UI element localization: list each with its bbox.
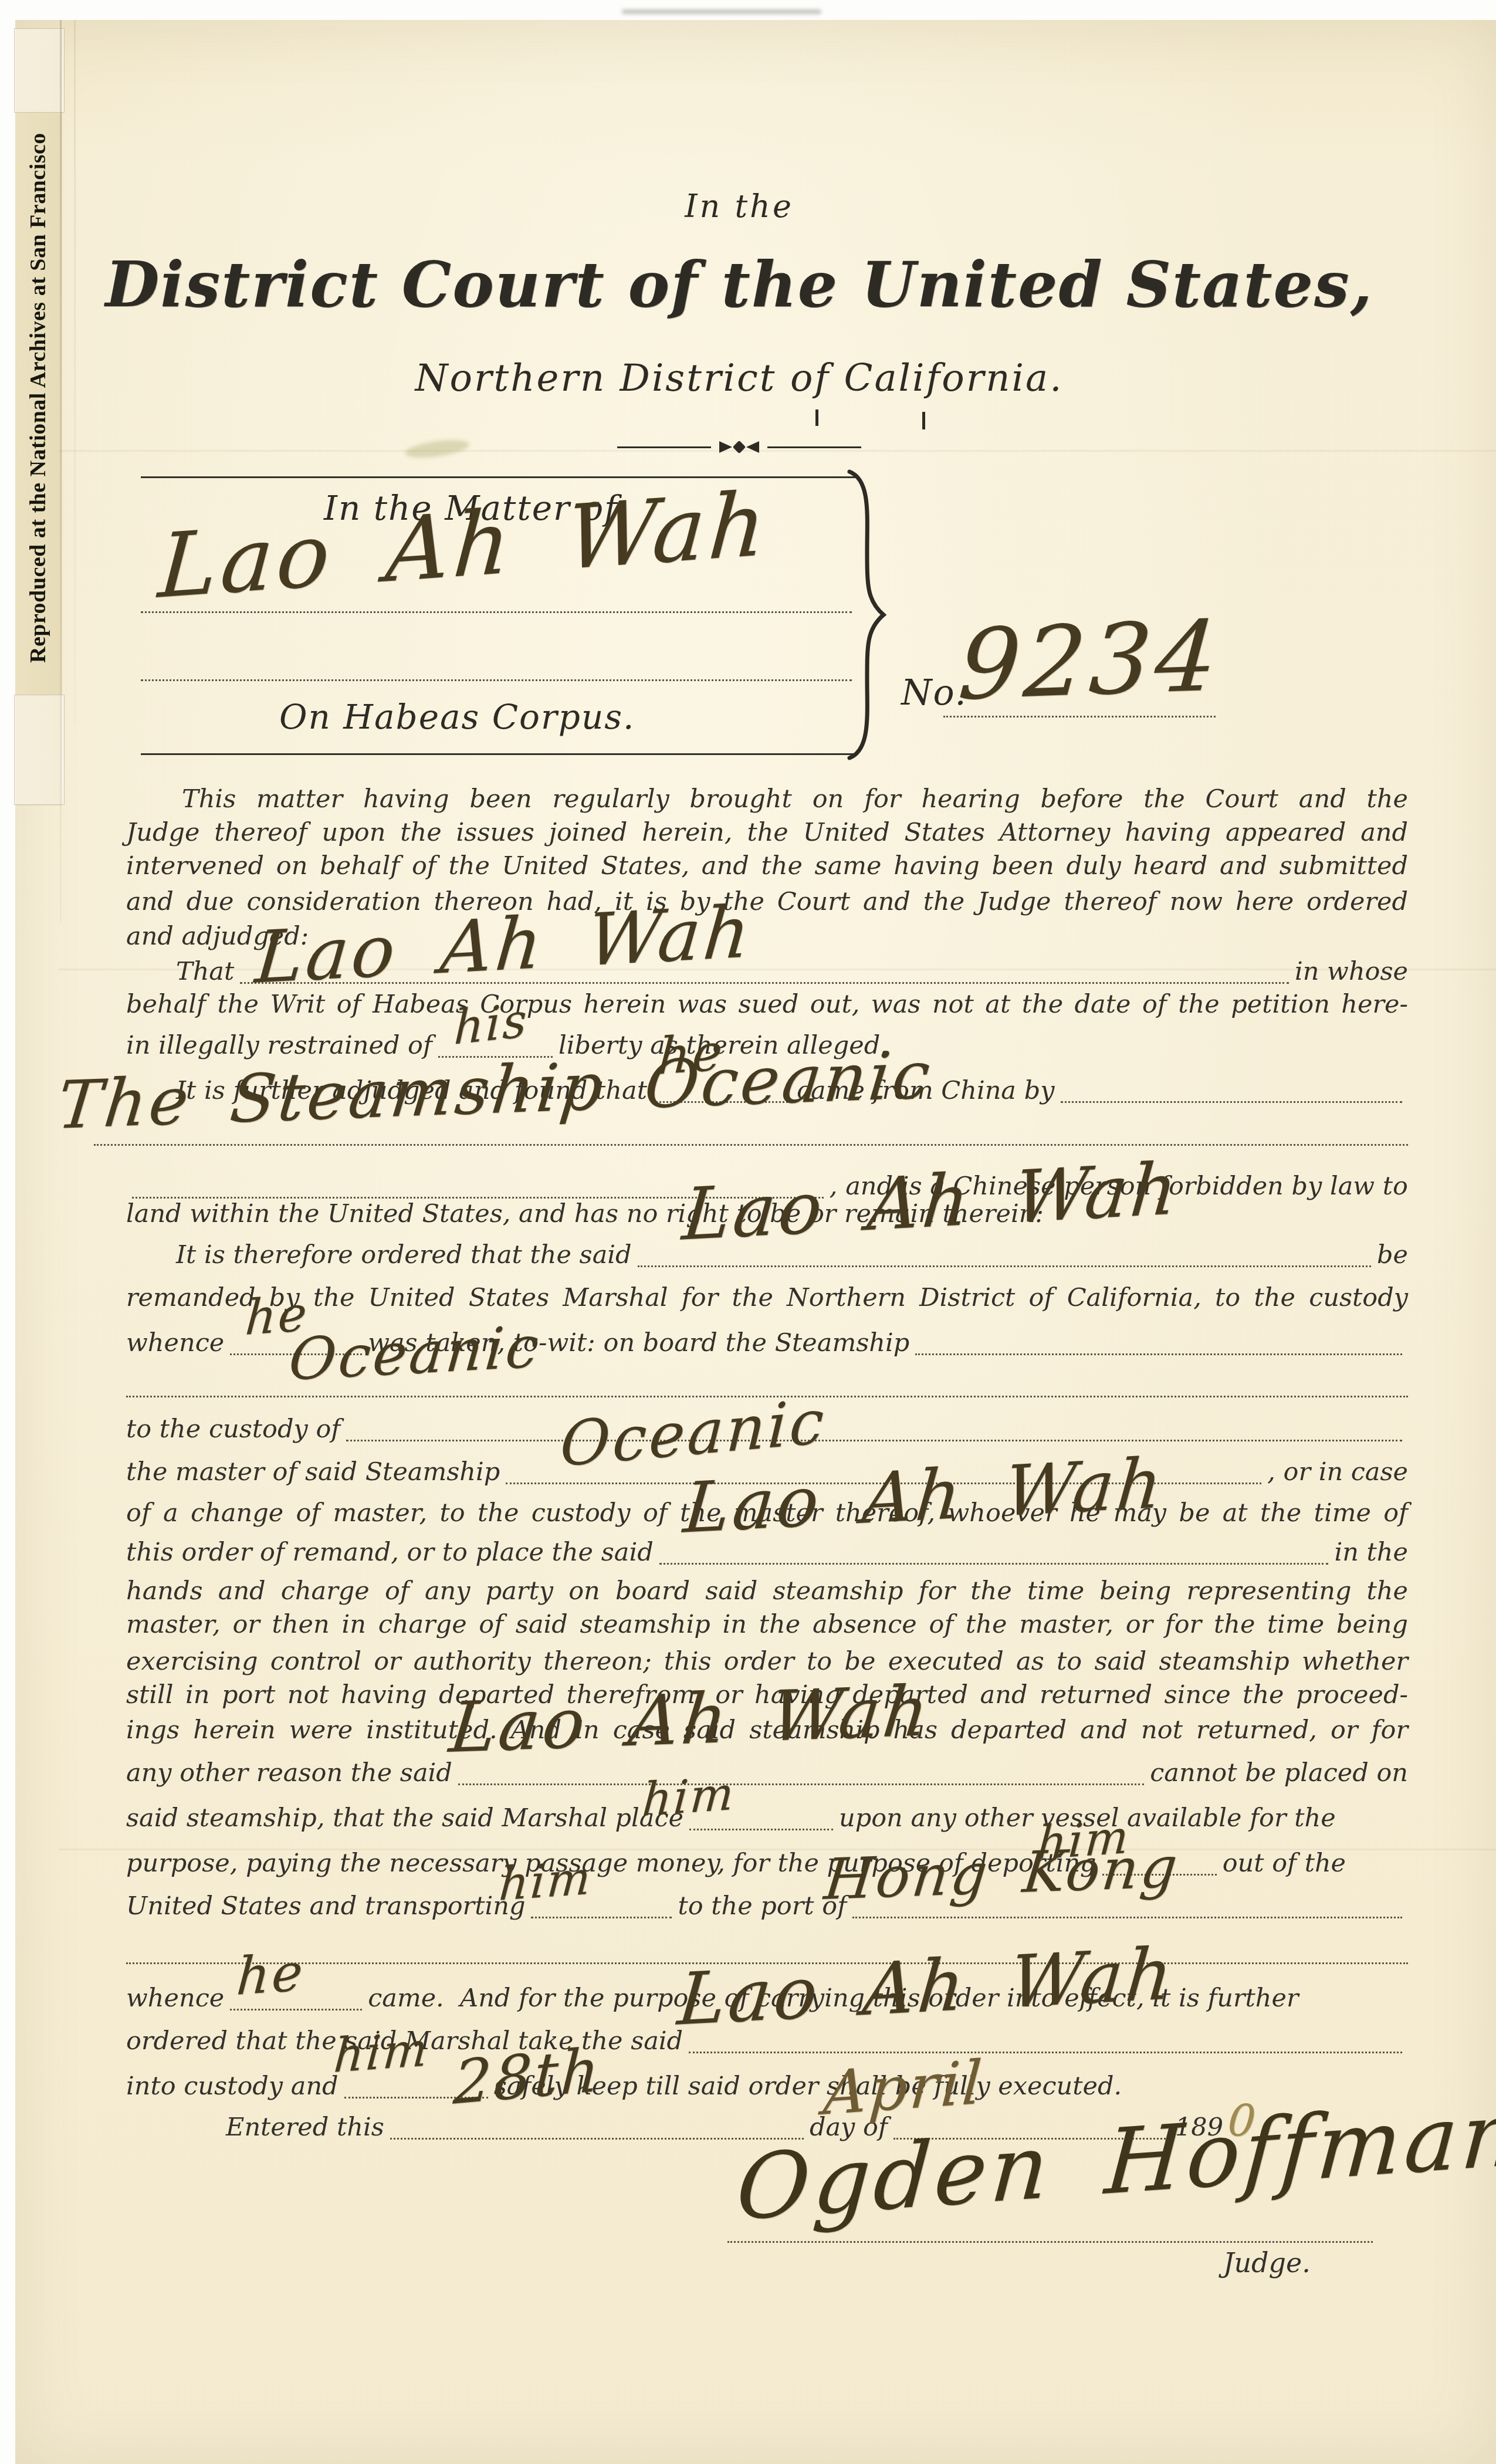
court-pretitle: In the bbox=[82, 188, 1396, 225]
dotted-blank bbox=[531, 1915, 672, 1918]
him-handwriting-1: him bbox=[641, 1767, 737, 1827]
saidsteam-pre: said steamship, that the said Marshal pl… bbox=[126, 1801, 683, 1835]
purpose-post: out of the bbox=[1223, 1846, 1346, 1880]
anyother-post: cannot be placed on bbox=[1150, 1756, 1408, 1790]
therefore-pre: It is therefore ordered that the said bbox=[176, 1238, 632, 1272]
body-line: This matter having been regularly brough… bbox=[182, 782, 1408, 816]
dotted-blank bbox=[852, 1915, 1402, 1918]
oceanic-handwriting-1: Oceanic bbox=[286, 1314, 543, 1394]
ornament-diamond-icon bbox=[733, 441, 746, 454]
him-handwriting-4: him bbox=[332, 2022, 431, 2083]
master-pre: the master of said Steamship bbox=[126, 1455, 500, 1489]
top-edge-mark bbox=[622, 9, 821, 14]
body-line: Judge thereof upon the issues joined her… bbox=[126, 815, 1408, 849]
body-line: master, or then in charge of said steams… bbox=[126, 1607, 1408, 1641]
dotted-blank bbox=[659, 1562, 1329, 1565]
entered-month-handwriting: April bbox=[821, 2047, 986, 2129]
steamship-dotted-line bbox=[94, 1144, 1408, 1146]
remand-post: in the bbox=[1334, 1535, 1408, 1569]
ornament-bar-right bbox=[767, 446, 861, 448]
anyother-pre: any other reason the said bbox=[126, 1756, 452, 1790]
ornament-arrow-left-icon bbox=[746, 441, 759, 453]
his-handwriting: his bbox=[453, 993, 529, 1055]
dotted-blank bbox=[915, 1352, 1402, 1355]
dotted-blank bbox=[230, 2008, 362, 2011]
dotted-blank bbox=[1061, 1100, 1403, 1103]
divider-ornament-icon bbox=[82, 441, 1396, 453]
caption-dotted-line-1 bbox=[141, 611, 852, 613]
anyother-name-handwriting: Lao Ah Wah bbox=[446, 1670, 935, 1768]
dotted-blank bbox=[458, 1782, 1144, 1785]
that-pre: That bbox=[176, 955, 234, 989]
body-line: hands and charge of any party on board s… bbox=[126, 1574, 1408, 1608]
dotted-blank bbox=[346, 1439, 1402, 1441]
fold-crease-vertical-2 bbox=[74, 20, 76, 724]
case-number-handwriting: 9234 bbox=[955, 600, 1225, 722]
judge-label: Judge. bbox=[1223, 2246, 1311, 2280]
body-line: intervened on behalf of the United State… bbox=[126, 849, 1408, 883]
dotted-blank bbox=[689, 2050, 1402, 2053]
that-post: in whose bbox=[1295, 955, 1408, 989]
printers-tick-2 bbox=[922, 412, 925, 429]
signature-dotted-line bbox=[727, 2241, 1373, 2243]
he-handwriting-3: he bbox=[235, 1941, 307, 2007]
entered-day-handwriting: 28th bbox=[452, 2035, 603, 2118]
case-number-dotted-line bbox=[943, 716, 1216, 717]
court-subtitle: Northern District of California. bbox=[82, 357, 1396, 400]
custody-pre: to the custody of bbox=[126, 1412, 340, 1446]
archive-strip-text: Reproduced at the National Archives at S… bbox=[19, 99, 57, 697]
whence2-pre: whence bbox=[126, 1981, 224, 2015]
fold-crease-vertical bbox=[60, 20, 62, 923]
united-line: United States and transporting to the po… bbox=[126, 1889, 1408, 1923]
him-handwriting-3: him bbox=[497, 1852, 594, 1911]
ornament-arrow-right-icon bbox=[719, 441, 732, 453]
scanned-document: Reproduced at the National Archives at S… bbox=[0, 0, 1496, 2464]
tape-bottom bbox=[14, 695, 65, 805]
entered-label: Entered this bbox=[226, 2110, 384, 2144]
caption-dotted-line-2 bbox=[141, 679, 852, 681]
body-line: remanded by the United States Marshal fo… bbox=[126, 1281, 1408, 1315]
habeas-corpus-label: On Habeas Corpus. bbox=[279, 697, 635, 737]
into-pre: into custody and bbox=[126, 2069, 339, 2103]
therefore-post: be bbox=[1377, 1238, 1408, 1272]
remand-pre: this order of remand, or to place the sa… bbox=[126, 1535, 654, 1569]
ornament-bar-left bbox=[617, 446, 711, 448]
master-post: , or in case bbox=[1267, 1455, 1408, 1489]
caption-box-bottom-rule bbox=[141, 753, 857, 755]
dotted-blank bbox=[638, 1264, 1371, 1267]
hong-kong-handwriting: Hong Kong bbox=[821, 1834, 1183, 1913]
dotted-blank bbox=[689, 1827, 833, 1830]
united-mid: to the port of bbox=[678, 1889, 847, 1923]
case-brace-icon bbox=[842, 468, 892, 761]
anyother-line: any other reason the said cannot be plac… bbox=[126, 1756, 1408, 1790]
court-title: District Court of the United States, bbox=[82, 248, 1396, 321]
body-line: exercising control or authority thereon;… bbox=[126, 1644, 1408, 1678]
body-line: behalf the Writ of Habeas Corpus herein … bbox=[126, 987, 1408, 1021]
united-pre: United States and transporting bbox=[126, 1889, 525, 1923]
whence-pre: whence bbox=[126, 1326, 224, 1360]
printers-tick-1 bbox=[815, 409, 818, 426]
